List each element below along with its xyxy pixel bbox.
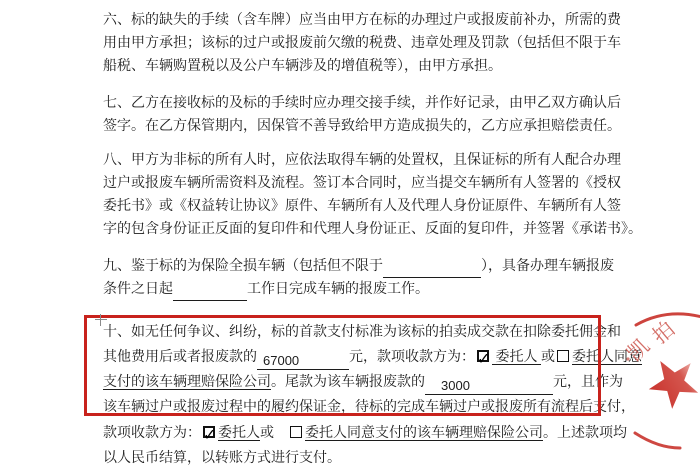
text-line: 船税、车辆购置税以及公户车辆涉及的增值税等），由甲方承担。 xyxy=(103,55,615,78)
contract-page: 六、标的缺失的手续（含车牌）应当由甲方在标的办理过户或报废前补办，所需的费用由甲… xyxy=(0,0,700,472)
text-line: 字的包含身份证正反面的复印件和代理人身份证正、反面的复印件，并签署《承诺书》。 xyxy=(103,218,615,241)
seal-star-icon xyxy=(639,348,700,414)
text-line: 六、标的缺失的手续（含车牌）应当由甲方在标的办理过户或报废前补办，所需的费 xyxy=(103,9,615,32)
text-run: ），具备办理车辆报废 xyxy=(481,259,614,274)
checkbox-checked-icon xyxy=(203,426,215,438)
seal-ink-speck xyxy=(626,357,629,360)
clause-7: 七、乙方在接收标的及标的手续时应办理交接手续，并作好记录，由甲乙双方确认后签字。… xyxy=(103,92,615,138)
text-line: 委托书》或《权益转让协议》原件、车辆所有人及代理人身份证原件、车辆所有人签 xyxy=(103,195,615,218)
text-line: 九、鉴于标的为保险全损车辆（包括但不限于），具备办理车辆报废 xyxy=(103,255,615,278)
clause-9: 九、鉴于标的为保险全损车辆（包括但不限于），具备办理车辆报废条件之日起工作日完成… xyxy=(103,255,615,301)
checkbox-empty-icon xyxy=(557,350,569,362)
text-run: 签字。在乙方保管期内，因保管不善导致给甲方造成损失的，乙方应承担赔偿责任。 xyxy=(103,119,621,134)
text-run: 字的包含身份证正反面的复印件和代理人身份证正、反面的复印件，并签署《承诺书》。 xyxy=(103,222,642,237)
text-run: 七、乙方在接收标的及标的手续时应办理交接手续，并作好记录，由甲乙双方确认后 xyxy=(103,96,621,111)
fill-in-blank: 67000 xyxy=(257,351,349,370)
seal-bottom-arc xyxy=(635,433,680,448)
text-run: 以人民币结算，以转账方式进行支付。 xyxy=(103,451,341,466)
checkbox-checked-icon xyxy=(477,350,489,362)
seal-char-2: 拍 xyxy=(648,317,680,349)
clause-8: 八、甲方为非标的所有人时，应依法取得车辆的处置权，且保证标的所有人配合办理过户或… xyxy=(103,149,615,241)
text-run: 十、如无任何争议、纠纷，标的首款支付标准为该标的拍卖成交款在扣除委托佣金和 xyxy=(103,325,621,340)
text-run: 过户或报废车辆所需资料及流程。签订本合同时，应当提交车辆所有人签署的《授权 xyxy=(103,176,621,191)
clause-10: 十、如无任何争议、纠纷，标的首款支付标准为该标的拍卖成交款在扣除委托佣金和其他费… xyxy=(103,320,615,420)
text-run: 。上述款项均 xyxy=(543,426,627,441)
text-run: 或 xyxy=(260,426,288,441)
text-run: 该车辆过户或报废过程中的履约保证金，待标的完成车辆过户或报废所有流程后支付， xyxy=(103,400,635,415)
text-line: 七、乙方在接收标的及标的手续时应办理交接手续，并作好记录，由甲乙双方确认后 xyxy=(103,92,615,115)
clause-6: 六、标的缺失的手续（含车牌）应当由甲方在标的办理过户或报废前补办，所需的费用由甲… xyxy=(103,9,615,78)
clause-10-continued: 款项收款方为：委托人或 委托人同意支付的该车辆理赔保险公司。上述款项均以人民币结… xyxy=(103,421,615,471)
text-run: 元，且作为 xyxy=(553,375,623,390)
seal-char-1: 凯 xyxy=(622,334,654,366)
text-run: 元，款项收款方为： xyxy=(349,350,475,365)
company-seal-stamp: 凯 拍 xyxy=(618,299,700,461)
text-line: 条件之日起工作日完成车辆的报废工作。 xyxy=(103,278,615,301)
fill-in-blank xyxy=(173,282,247,301)
text-run: 。尾款为该车辆报废款的 xyxy=(271,375,425,390)
text-line: 其他费用后或者报废款的67000元，款项收款方为： 委托人 或委托人同意 xyxy=(103,345,615,370)
text-run: 其他费用后或者报废款的 xyxy=(103,350,257,365)
underlined-text: 支付的该车辆理赔保险公司 xyxy=(103,375,271,390)
text-run: 六、标的缺失的手续（含车牌）应当由甲方在标的办理过户或报废前补办，所需的费 xyxy=(103,13,621,28)
text-line: 该车辆过户或报废过程中的履约保证金，待标的完成车辆过户或报废所有流程后支付， xyxy=(103,395,615,420)
text-run: 或 xyxy=(541,350,555,365)
text-line: 过户或报废车辆所需资料及流程。签订本合同时，应当提交车辆所有人签署的《授权 xyxy=(103,172,615,195)
text-line: 签字。在乙方保管期内，因保管不善导致给甲方造成损失的，乙方应承担赔偿责任。 xyxy=(103,115,615,138)
text-run: 委托书》或《权益转让协议》原件、车辆所有人及代理人身份证原件、车辆所有人签 xyxy=(103,199,621,214)
text-line: 八、甲方为非标的所有人时，应依法取得车辆的处置权，且保证标的所有人配合办理 xyxy=(103,149,615,172)
text-run: 八、甲方为非标的所有人时，应依法取得车辆的处置权，且保证标的所有人配合办理 xyxy=(103,153,621,168)
text-line: 支付的该车辆理赔保险公司。尾款为该车辆报废款的3000元，且作为 xyxy=(103,370,615,395)
fill-in-blank xyxy=(383,259,481,278)
text-run: 船税、车辆购置税以及公户车辆涉及的增值税等），由甲方承担。 xyxy=(103,59,502,74)
text-run: 条件之日起 xyxy=(103,282,173,297)
text-run: 工作日完成车辆的报废工作。 xyxy=(247,282,429,297)
text-line: 十、如无任何争议、纠纷，标的首款支付标准为该标的拍卖成交款在扣除委托佣金和 xyxy=(103,320,615,345)
text-run: 款项收款方为： xyxy=(103,426,201,441)
underlined-text: 委托人同意支付的该车辆理赔保险公司 xyxy=(305,426,543,441)
text-line: 用由甲方承担；该标的过户或报废前欠缴的税费、违章处理及罚款（包括但不限于车 xyxy=(103,32,615,55)
text-line: 款项收款方为：委托人或 委托人同意支付的该车辆理赔保险公司。上述款项均 xyxy=(103,421,615,446)
text-run: 用由甲方承担；该标的过户或报废前欠缴的税费、违章处理及罚款（包括但不限于车 xyxy=(103,36,621,51)
underlined-text: 委托人 xyxy=(492,350,541,365)
checkbox-empty-icon xyxy=(290,426,302,438)
text-run: 九、鉴于标的为保险全损车辆（包括但不限于 xyxy=(103,259,383,274)
fill-in-blank: 3000 xyxy=(425,376,553,395)
underlined-text: 委托人 xyxy=(218,426,260,441)
text-line: 以人民币结算，以转账方式进行支付。 xyxy=(103,446,615,471)
